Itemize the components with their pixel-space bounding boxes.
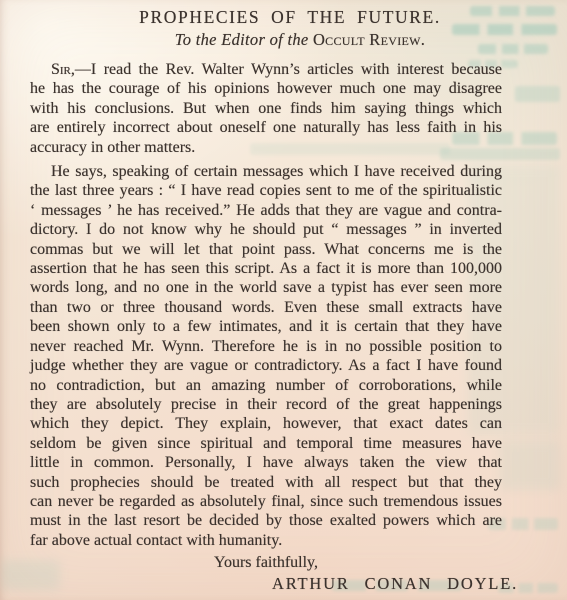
text-line: with his conclusions. But when one finds… <box>30 99 502 118</box>
salutation-italic-text: To the Editor of the <box>175 30 313 49</box>
text-line: he has the courage of his opinions howev… <box>30 79 502 98</box>
page-background: PROPHECIES OF THE FUTURE. To the Editor … <box>0 0 567 600</box>
text-line: which they depict. They explain, however… <box>30 414 502 433</box>
text-line: assertion that he has seen this script. … <box>30 259 502 278</box>
text-line: far above actual contact with humanity. <box>30 531 502 550</box>
text-line: never reached Mr. Wynn. Therefore he is … <box>30 337 502 356</box>
salutation: To the Editor of the Occult Review. <box>64 30 536 50</box>
text-line: are entirely incorrect about oneself one… <box>30 118 502 137</box>
text-line: no contradiction, but an amazing number … <box>30 376 502 395</box>
paragraph-1: Sir,—I read the Rev. Walter Wynn’s artic… <box>30 60 502 157</box>
scanned-letter-page: { "document": { "title": "PROPHECIES OF … <box>0 0 567 600</box>
paragraph-2-lines: He says, speaking of certain messages wh… <box>30 162 502 550</box>
lead-line-text: ,—I read the Rev. Walter Wynn’s articles… <box>71 61 502 78</box>
text-line: little in common. Personally, I have alw… <box>30 453 502 472</box>
text-line: such prophecies should be treated with a… <box>30 473 502 492</box>
text-line: seldom be given since spiritual and temp… <box>30 434 502 453</box>
bleedthrough-mark <box>500 440 560 490</box>
bleedthrough-mark <box>515 86 560 102</box>
text-line: words long, and no one in the world save… <box>30 278 502 297</box>
page-title: PROPHECIES OF THE FUTURE. <box>54 7 526 28</box>
closing-line: Yours faithfully, <box>30 553 502 573</box>
paragraph-1-lines: he has the courage of his opinions howev… <box>30 79 502 157</box>
text-line: commas but we will let that point pass. … <box>30 240 502 259</box>
text-line: been shown only to a few intimates, and … <box>30 317 502 336</box>
text-line: they are absolutely precise in their rec… <box>30 395 502 414</box>
text-line: the last three years : “ I have read cop… <box>30 181 502 200</box>
text-line: can never be regarded as absolutely fina… <box>30 492 502 511</box>
text-line: than two or three thousand words. Even t… <box>30 298 502 317</box>
text-line: dictory. I do not know why he should put… <box>30 220 502 239</box>
text-line: Sir,—I read the Rev. Walter Wynn’s artic… <box>30 60 502 79</box>
text-line: must in the last resort be decided by th… <box>30 511 502 530</box>
salutation-publication-name: Occult Review. <box>313 30 425 49</box>
sir-smallcaps: Sir <box>51 61 71 78</box>
text-line: He says, speaking of certain messages wh… <box>30 162 502 181</box>
paragraph-2: He says, speaking of certain messages wh… <box>30 162 502 550</box>
text-line: judge whether they are vague or contradi… <box>30 356 502 375</box>
signature-line: ARTHUR CONAN DOYLE. <box>30 573 518 594</box>
text-line: accuracy in other matters. <box>30 138 502 157</box>
text-line: ‘ messages ’ he has received.” He adds t… <box>30 201 502 220</box>
letter-body: PROPHECIES OF THE FUTURE. To the Editor … <box>30 0 502 594</box>
